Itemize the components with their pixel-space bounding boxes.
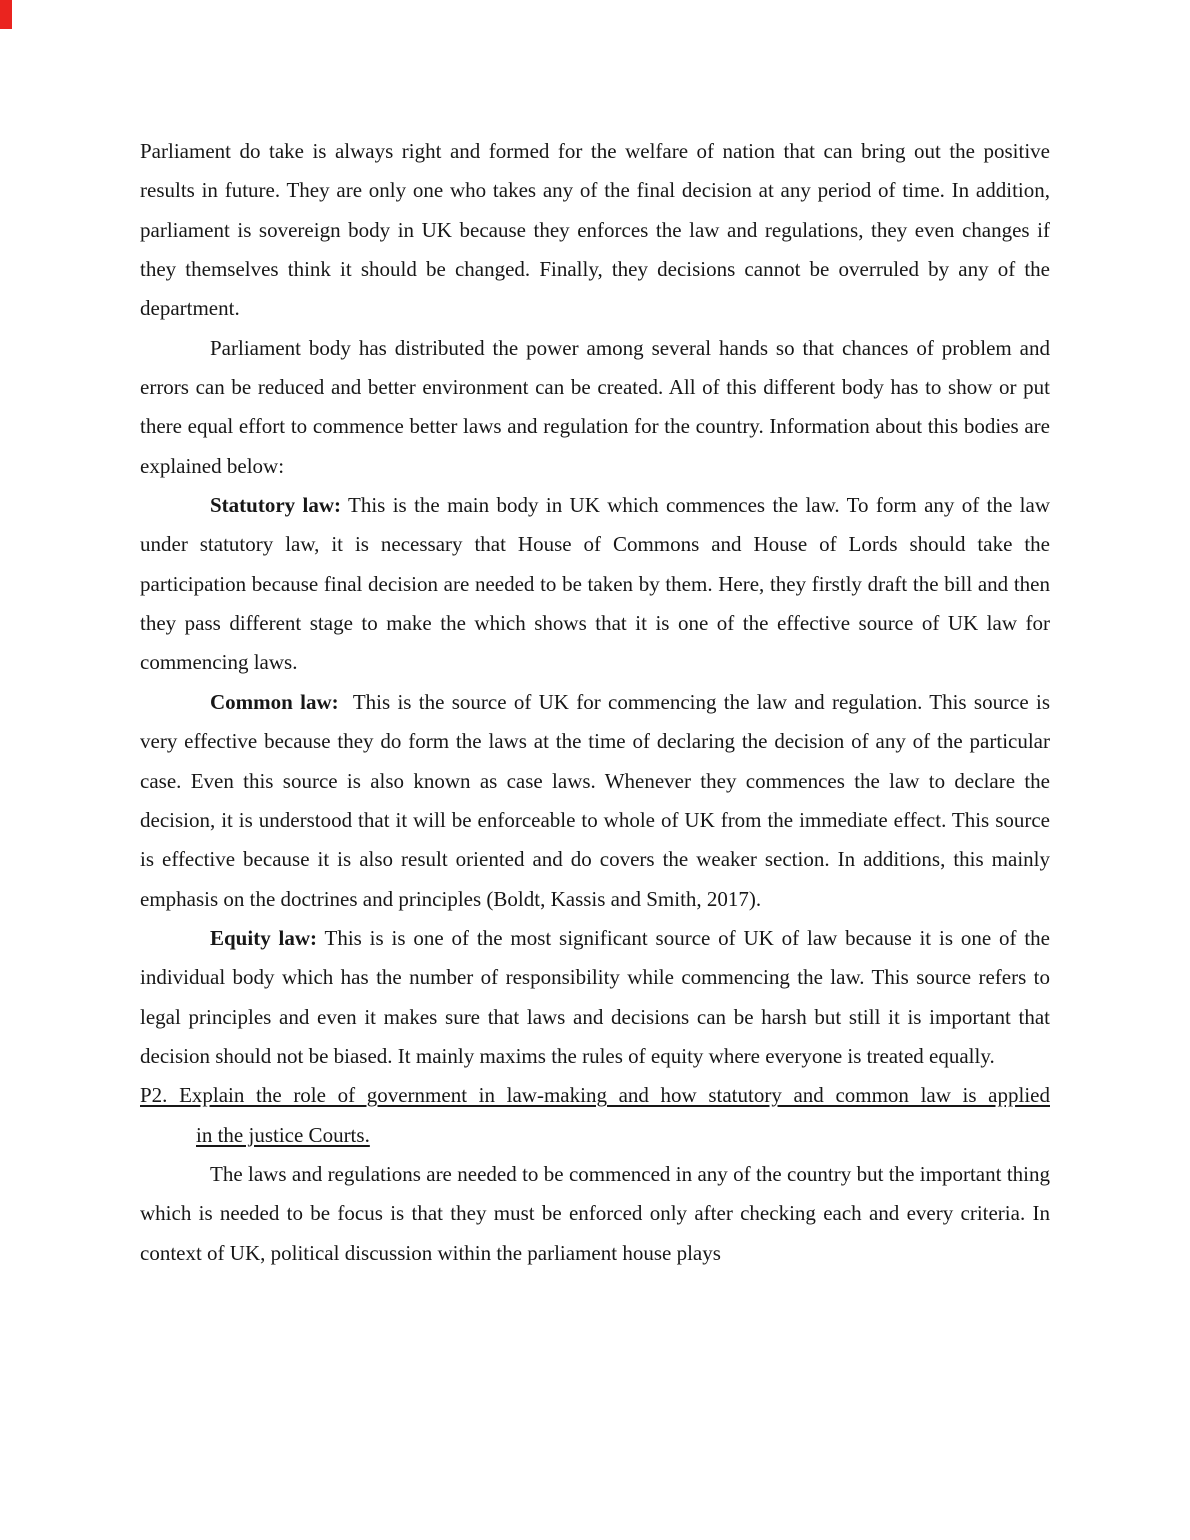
paragraph-common-law: Common law: This is the source of UK for… — [140, 683, 1050, 919]
section-heading-p2-line1: P2. Explain the role of government in la… — [140, 1076, 1050, 1115]
document-page: Parliament do take is always right and f… — [0, 0, 1190, 1540]
statutory-law-text: This is the main body in UK which commen… — [140, 493, 1050, 674]
paragraph-equity-law: Equity law: This is is one of the most s… — [140, 919, 1050, 1076]
document-body-text: Parliament do take is always right and f… — [140, 132, 1050, 1273]
common-law-label: Common law: — [210, 690, 339, 714]
common-law-text: This is the source of UK for commencing … — [140, 690, 1050, 911]
page-edge-bookmark — [0, 0, 12, 29]
paragraph-power-distribution: Parliament body has distributed the powe… — [140, 329, 1050, 486]
paragraph-statutory-law: Statutory law: This is the main body in … — [140, 486, 1050, 683]
paragraph-parliament-decisions: Parliament do take is always right and f… — [140, 132, 1050, 329]
paragraph-law-enforcement: The laws and regulations are needed to b… — [140, 1155, 1050, 1273]
section-heading-p2: P2. Explain the role of government in la… — [140, 1076, 1050, 1155]
section-heading-p2-line2: in the justice Courts. — [196, 1116, 1050, 1155]
equity-law-label: Equity law: — [210, 926, 317, 950]
statutory-law-label: Statutory law: — [210, 493, 341, 517]
